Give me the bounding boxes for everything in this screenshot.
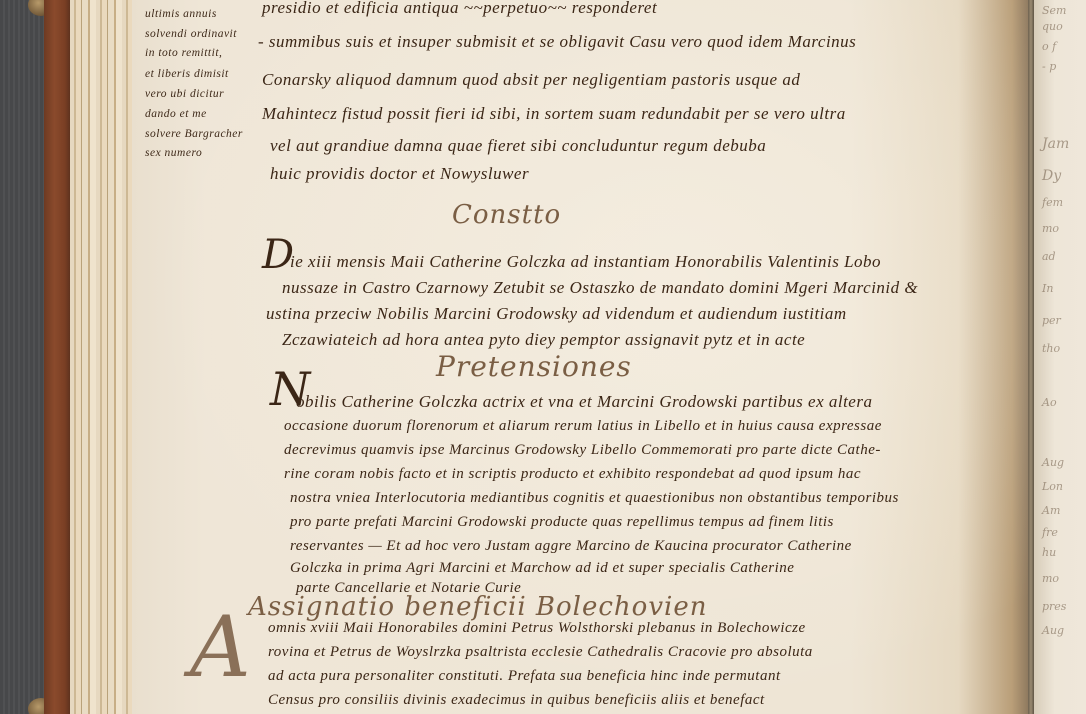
facing-text: Lon <box>1042 480 1063 493</box>
text-line: vel aut grandiue damna quae fieret sibi … <box>270 136 766 156</box>
facing-text: Aug <box>1042 624 1064 637</box>
text-line: presidio et edificia antiqua ~~perpetuo~… <box>262 0 657 18</box>
book-cover <box>0 0 44 714</box>
facing-text: fre <box>1042 526 1058 539</box>
facing-text: Dy <box>1042 168 1061 184</box>
facing-text: ad <box>1042 250 1056 263</box>
text-line: Conarsky aliquod damnum quod absit per n… <box>262 70 800 90</box>
facing-text: per <box>1042 314 1061 327</box>
text-line: huic providis doctor et Nowysluwer <box>270 164 529 184</box>
facing-text: tho <box>1042 342 1060 355</box>
leather-binding <box>44 0 70 714</box>
section-heading: Assignatio beneficii Bolechovien <box>248 592 707 622</box>
facing-text: pres <box>1042 600 1066 613</box>
margin-note: dando et me <box>145 108 207 120</box>
margin-note: sex numero <box>145 147 202 159</box>
facing-text: o f <box>1042 40 1056 53</box>
facing-text: Jam <box>1042 136 1069 152</box>
facing-text: Sem <box>1042 4 1066 17</box>
text-line: nussaze in Castro Czarnowy Zetubit se Os… <box>282 278 918 298</box>
text-line: omnis xviii Maii Honorabiles domini Petr… <box>268 620 806 637</box>
text-line: Census pro consiliis divinis exadecimus … <box>268 692 765 709</box>
margin-note: ultimis annuis <box>145 8 217 20</box>
text-line: decrevimus quamvis ipse Marcinus Grodows… <box>284 442 881 459</box>
margin-note: solvere Bargracher <box>145 128 243 140</box>
text-line: - summibus suis et insuper submisit et s… <box>258 32 856 52</box>
text-line: ustina przeciw Nobilis Marcini Grodowsky… <box>266 304 847 324</box>
facing-text: Aug <box>1042 456 1064 469</box>
facing-text: quo <box>1042 20 1063 33</box>
facing-text: mo <box>1042 572 1059 585</box>
facing-text: Am <box>1042 504 1060 517</box>
facing-page: Sem quo o f - p Jam Dy fem mo ad In per … <box>1034 0 1086 714</box>
facing-text: In <box>1042 282 1053 295</box>
text-line: ad acta pura personaliter constituti. Pr… <box>268 668 781 685</box>
text-line: Zczawiateich ad hora antea pyto diey pem… <box>282 330 805 350</box>
margin-note: vero ubi dicitur <box>145 88 224 100</box>
margin-note: et liberis dimisit <box>145 68 229 80</box>
text-line: Mahintecz fistud possit fieri id sibi, i… <box>262 104 846 124</box>
text-line: rine coram nobis facto et in scriptis pr… <box>284 466 861 483</box>
text-line: obilis Catherine Golczka actrix et vna e… <box>296 392 872 412</box>
section-heading: Pretensiones <box>436 350 632 383</box>
facing-text: - p <box>1042 60 1056 73</box>
margin-note: solvendi ordinavit <box>145 28 237 40</box>
text-line: pro parte prefati Marcini Grodowski prod… <box>290 514 834 531</box>
text-line: occasione duorum florenorum et aliarum r… <box>284 418 882 435</box>
initial-letter: A <box>190 598 251 696</box>
section-heading: Constto <box>452 200 561 230</box>
page-edges <box>70 0 132 714</box>
facing-text: Ao <box>1042 396 1057 409</box>
facing-text: hu <box>1042 546 1056 559</box>
text-line: Golczka in prima Agri Marcini et Marchow… <box>290 560 794 577</box>
facing-text: mo <box>1042 222 1059 235</box>
text-line: ie xiii mensis Maii Catherine Golczka ad… <box>290 252 881 272</box>
text-line: nostra vniea Interlocutoria mediantibus … <box>290 490 899 507</box>
text-line: rovina et Petrus de Woyslrzka psaltrista… <box>268 644 813 661</box>
facing-text: fem <box>1042 196 1063 209</box>
text-line: reservantes — Et ad hoc vero Justam aggr… <box>290 538 852 555</box>
margin-note: in toto remittit, <box>145 47 222 59</box>
